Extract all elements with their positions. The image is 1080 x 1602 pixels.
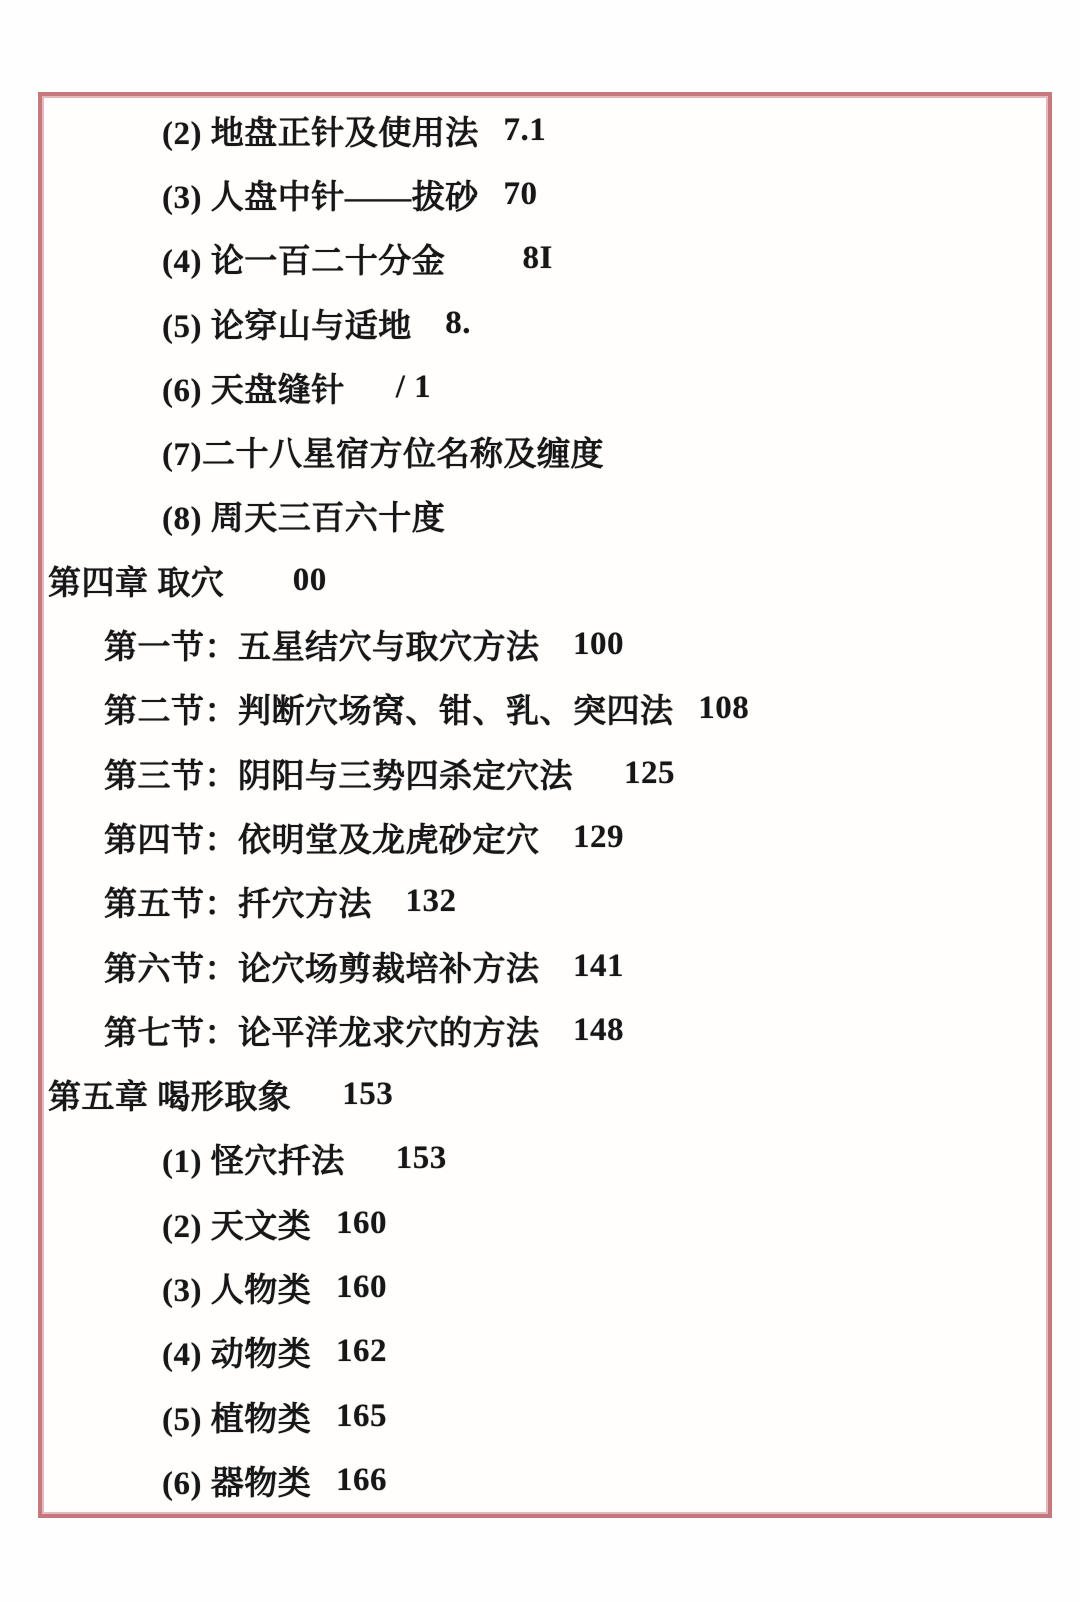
toc-row: 第七节：论平洋龙求穴的方法 148: [42, 998, 1048, 1062]
toc-page-number: 7.1: [495, 112, 547, 149]
toc-row: (6) 器物类 166: [42, 1448, 1048, 1512]
toc-entry-label: 第四节：依明堂及龙虎砂定穴: [104, 814, 540, 861]
toc-page-number: 162: [327, 1333, 387, 1370]
toc-row: 第六节：论穴场剪裁培补方法 141: [42, 934, 1048, 998]
toc-page-number: 166: [327, 1462, 387, 1499]
toc-entry-label: (5) 植物类: [162, 1393, 311, 1440]
toc-row: (5) 论穿山与适地 8.: [42, 291, 1048, 355]
toc-entry-label: (8) 周天三百六十度: [162, 492, 445, 539]
toc-entry-label: 第五节：扦穴方法: [104, 878, 372, 925]
toc-entry-label: (1) 怪穴扦法: [162, 1135, 345, 1182]
toc-list: (2) 地盘正针及使用法 7.1 (3) 人盘中针——拔砂 70 (4) 论一百…: [42, 96, 1048, 1514]
toc-entry-label: (6) 器物类: [162, 1457, 311, 1504]
toc-row: (3) 人盘中针——拔砂 70: [42, 162, 1048, 226]
toc-page-number: 8.: [428, 305, 471, 342]
toc-entry-label: 第三节：阴阳与三势四杀定穴法: [104, 750, 573, 797]
toc-page-number: 160: [327, 1205, 387, 1242]
toc-row: 第五节：扦穴方法 132: [42, 870, 1048, 934]
toc-entry-label: 第六节：论穴场剪裁培补方法: [104, 943, 540, 990]
toc-entry-label: 第七节：论平洋龙求穴的方法: [104, 1007, 540, 1054]
toc-row: 第五章 喝形取象 153: [42, 1062, 1048, 1126]
toc-page-number: 153: [361, 1140, 447, 1177]
toc-page-number: 8I: [461, 240, 553, 277]
toc-page-number: 00: [240, 562, 327, 599]
toc-row: (7)二十八星宿方位名称及缠度: [42, 419, 1048, 483]
toc-entry-label: 第五章 喝形取象: [48, 1071, 291, 1118]
toc-page-number: 141: [556, 948, 625, 985]
toc-row: (4) 论一百二十分金 8I: [42, 227, 1048, 291]
toc-row: (8) 周天三百六十度: [42, 484, 1048, 548]
toc-entry-label: (3) 人盘中针——拔砂: [162, 171, 479, 218]
toc-row: 第一节：五星结穴与取穴方法 100: [42, 612, 1048, 676]
toc-page-number: 165: [327, 1398, 387, 1435]
toc-row: 第三节：阴阳与三势四杀定穴法 125: [42, 741, 1048, 805]
toc-row: (1) 怪穴扦法 153: [42, 1127, 1048, 1191]
toc-entry-label: (4) 动物类: [162, 1328, 311, 1375]
toc-page-number: / 1: [361, 369, 431, 406]
page-border-frame: (2) 地盘正针及使用法 7.1 (3) 人盘中针——拔砂 70 (4) 论一百…: [38, 92, 1052, 1518]
toc-page-number: 70: [495, 176, 538, 213]
toc-page-number: 108: [690, 690, 750, 727]
toc-row: 第四章 取穴 00: [42, 548, 1048, 612]
toc-page-number: 129: [556, 819, 625, 856]
toc-entry-label: 第四章 取穴: [48, 557, 224, 604]
toc-entry-label: 第一节：五星结穴与取穴方法: [104, 621, 540, 668]
toc-row: (5) 植物类 165: [42, 1384, 1048, 1448]
toc-row: 第四节：依明堂及龙虎砂定穴 129: [42, 805, 1048, 869]
toc-row: (4) 动物类 162: [42, 1320, 1048, 1384]
toc-page-number: 160: [327, 1269, 387, 1306]
toc-page-number: 125: [589, 755, 675, 792]
toc-page-number: 148: [556, 1012, 625, 1049]
toc-entry-label: (4) 论一百二十分金: [162, 235, 445, 282]
toc-row: (6) 天盘缝针 / 1: [42, 355, 1048, 419]
toc-row: (2) 天文类 160: [42, 1191, 1048, 1255]
toc-entry-label: (7)二十八星宿方位名称及缠度: [162, 428, 604, 475]
toc-row: (2) 地盘正针及使用法 7.1: [42, 98, 1048, 162]
toc-entry-label: (6) 天盘缝针: [162, 364, 345, 411]
toc-page-number: 100: [556, 626, 625, 663]
toc-row: 第二节：判断穴场窝、钳、乳、突四法 108: [42, 677, 1048, 741]
toc-page-number: 153: [307, 1076, 393, 1113]
toc-entry-label: 第二节：判断穴场窝、钳、乳、突四法: [104, 685, 674, 732]
toc-row: (3) 人物类 160: [42, 1255, 1048, 1319]
toc-page-number: 132: [388, 883, 457, 920]
toc-entry-label: (2) 天文类: [162, 1200, 311, 1247]
toc-entry-label: (5) 论穿山与适地: [162, 300, 412, 347]
toc-entry-label: (3) 人物类: [162, 1264, 311, 1311]
toc-entry-label: (2) 地盘正针及使用法: [162, 107, 479, 154]
